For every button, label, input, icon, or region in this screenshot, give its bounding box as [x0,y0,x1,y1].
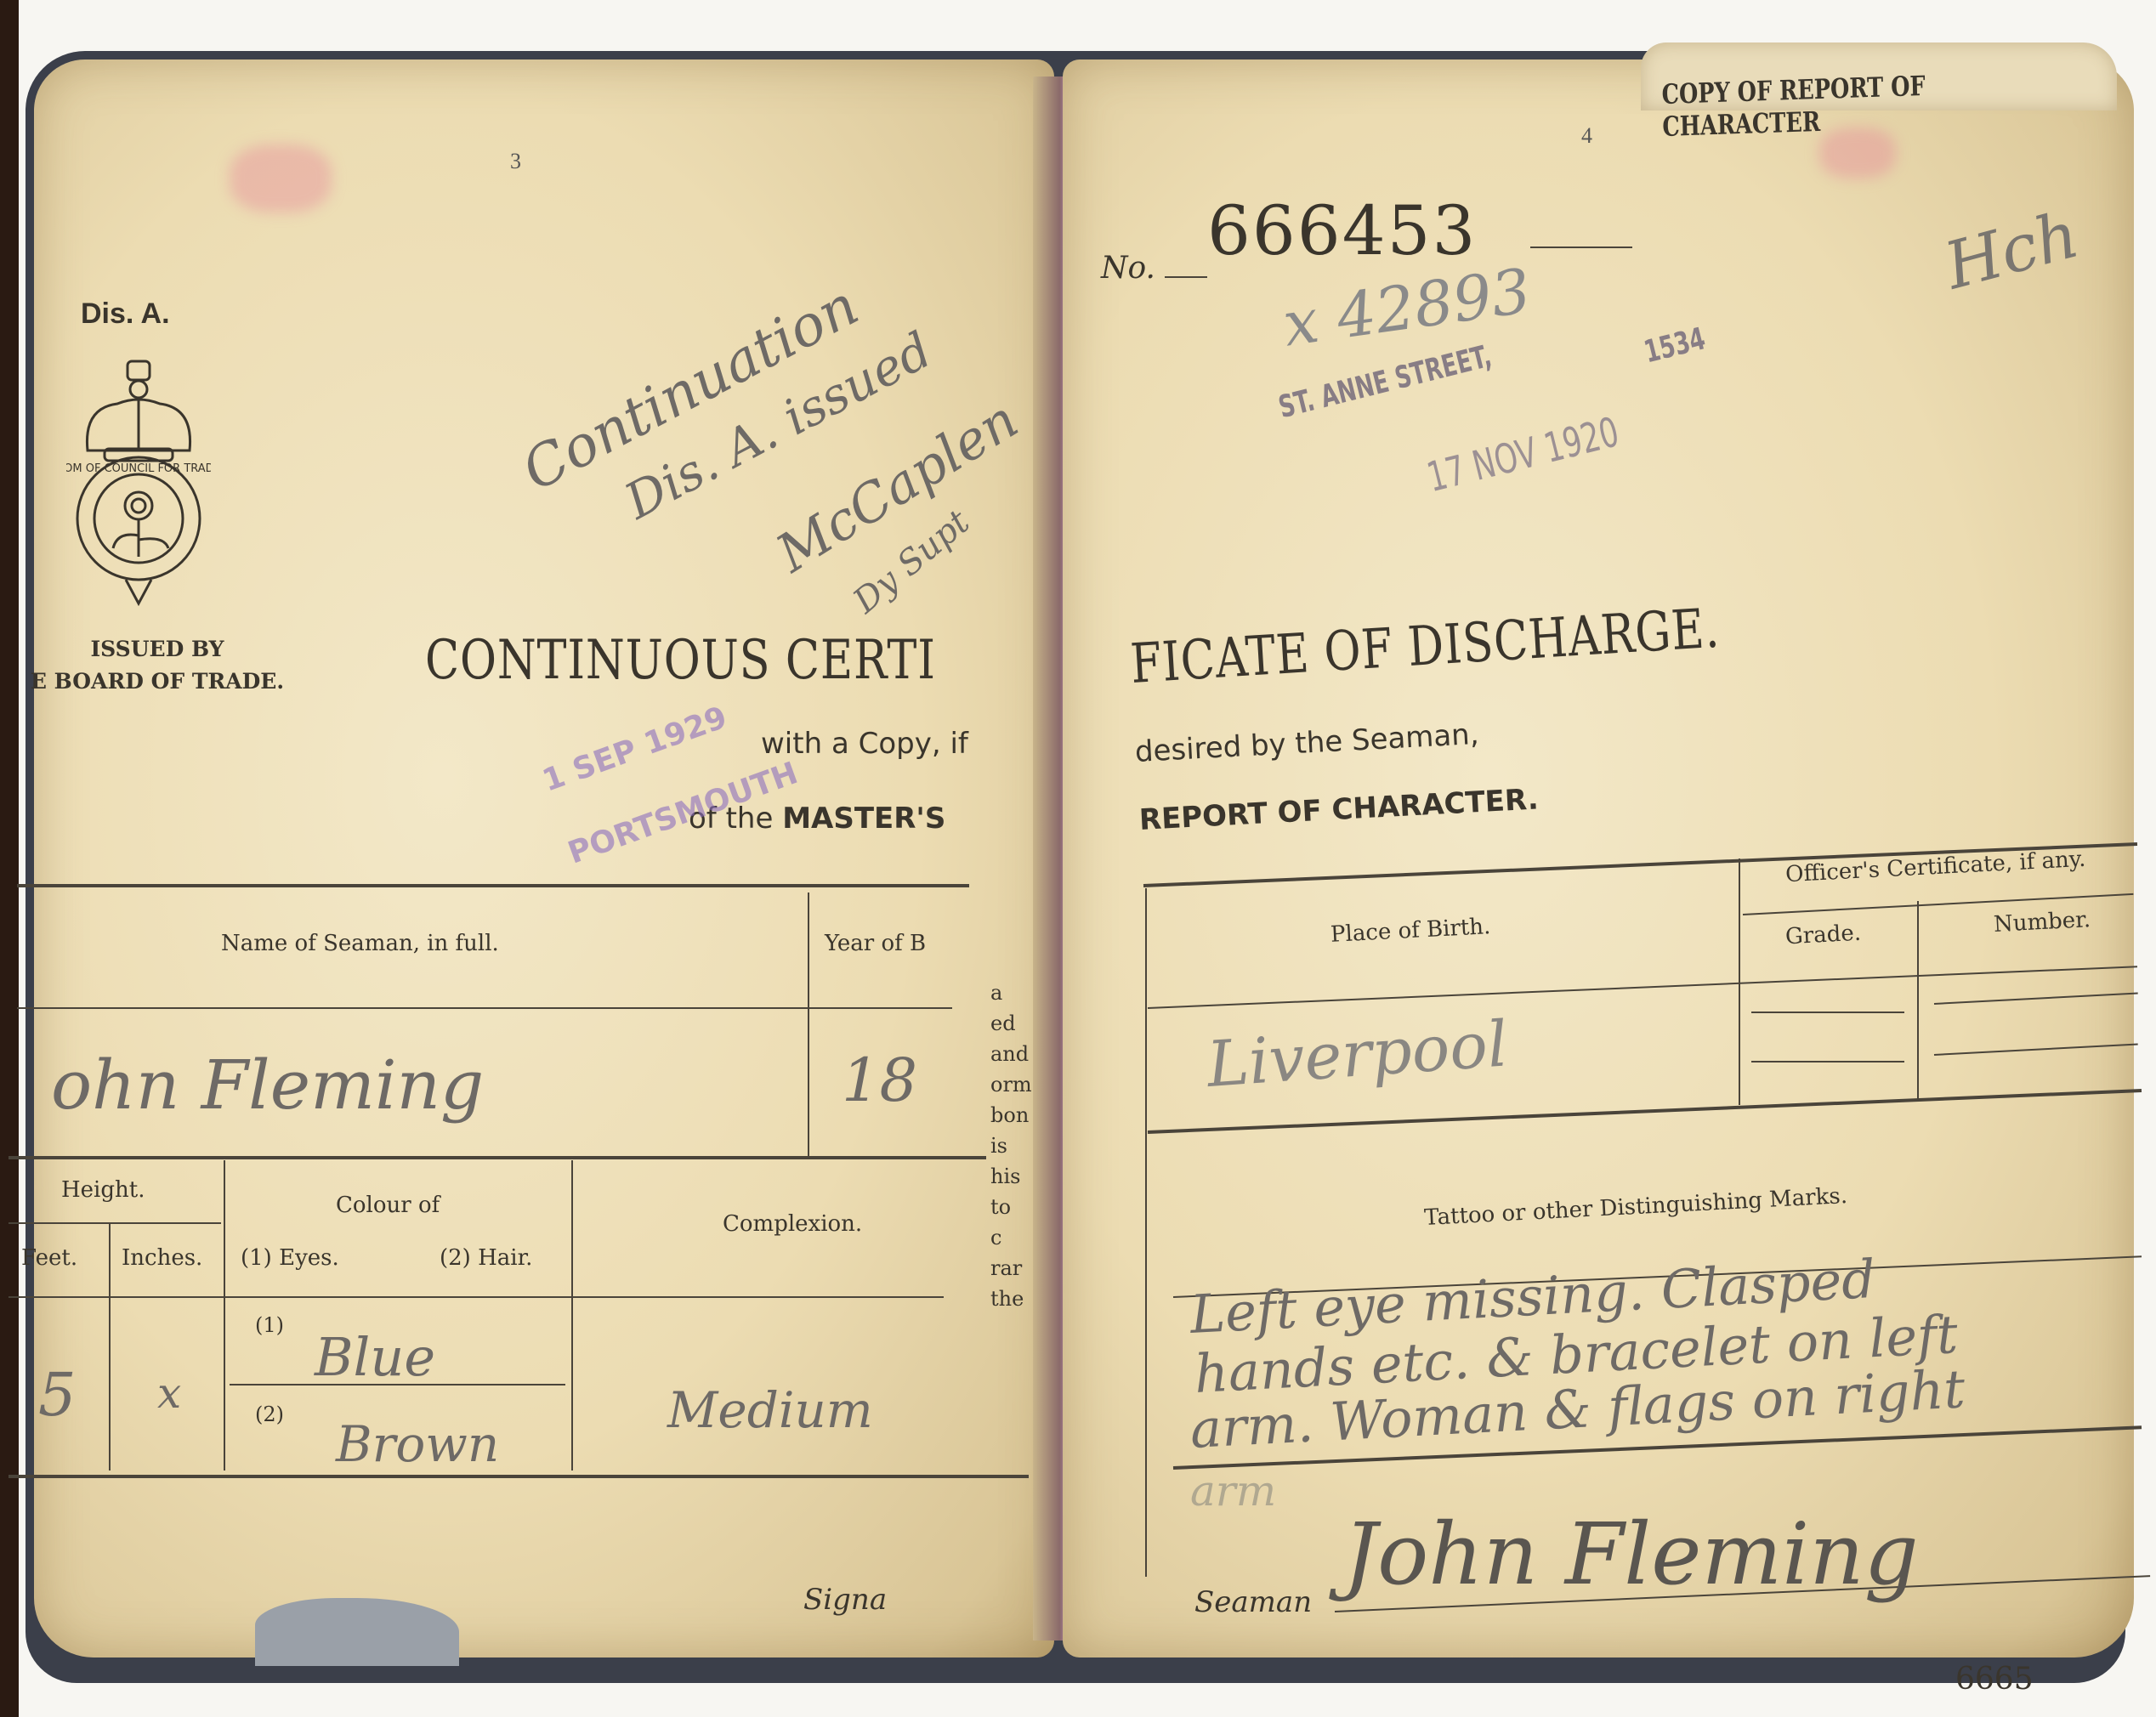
pink-stain [230,144,332,212]
torn-corner [255,1598,459,1666]
document-title-part-1: CONTINUOUS CERTI [425,629,936,692]
serial-number-label: No. [1101,251,1155,286]
serial-underline [1165,276,1207,278]
colour-of-header: Colour of [336,1193,440,1218]
table-rule [17,1007,952,1009]
pink-stain [1819,127,1896,178]
issuer-line-1: ISSUED BY [17,633,298,666]
table-rule [9,1296,944,1298]
year-of-birth-value: 18 [842,1045,917,1115]
table-border [1145,888,1147,1577]
table-divider [571,1160,573,1470]
height-inches-value: x [157,1368,181,1418]
table-rule [230,1384,565,1385]
serial-number: 666453 [1207,191,1477,270]
form-code: Dis. A. [81,297,170,331]
table-divider [109,1224,111,1470]
grade-header: Grade. [1784,921,1861,950]
page-number-left: 3 [510,149,521,174]
seaman-signature-label: Seaman [1194,1585,1312,1619]
table-rule [9,1156,986,1159]
subtitle-masters: MASTER'S [782,802,945,836]
feet-header: Feet. [21,1245,77,1271]
svg-text:COM OF COUNCIL FOR TRADE: COM OF COUNCIL FOR TRADE [66,462,211,475]
table-rule [9,1222,221,1224]
hair-marker: (2) [255,1402,284,1426]
grade-line [1751,1011,1904,1013]
name-of-seaman-header: Name of Seaman, in full. [221,931,499,956]
number-header: Number. [1993,907,2091,938]
table-divider [808,892,809,1156]
spine-fragment-text: a ed and orm bon is his to c rar the [990,977,1032,1314]
left-page [34,59,1054,1657]
serial-underline [1530,246,1632,248]
table-rule [17,884,969,887]
scan-background-edge [0,0,19,1717]
table-divider [1917,901,1919,1101]
report-of-character-tab: COPY OF REPORT OF CHARACTER [1641,42,2117,110]
year-of-birth-header: Year of B [825,931,926,956]
complexion-header: Complexion. [723,1211,862,1237]
eyes-header: (1) Eyes. [241,1245,339,1271]
eyes-marker: (1) [255,1313,284,1337]
issuer-block: ISSUED BY E BOARD OF TRADE. [17,633,298,698]
complexion-value: Medium [667,1381,873,1439]
grade-line [1751,1061,1904,1062]
page-number-right: 4 [1581,123,1592,149]
issuer-line-2: E BOARD OF TRADE. [17,666,298,698]
marks-line-4: arm [1190,1466,1276,1516]
hair-value: Brown [336,1415,499,1473]
table-rule [9,1475,1029,1478]
seaman-name-value: ohn Fleming [51,1045,484,1125]
eyes-value: Blue [315,1326,435,1388]
hair-header: (2) Hair. [440,1245,532,1271]
table-divider [224,1160,225,1470]
bottom-serial-fragment: 6665 [1955,1662,2034,1697]
signature-label-left: Signa [803,1583,887,1617]
height-header: Height. [61,1177,145,1203]
royal-crest-icon: COM OF COUNCIL FOR TRADE [66,357,211,612]
height-feet-value: 5 [38,1360,77,1430]
seaman-signature: John Fleming [1343,1504,1919,1604]
subtitle-line-1-left: with a Copy, if [761,727,968,761]
inches-header: Inches. [122,1245,202,1271]
